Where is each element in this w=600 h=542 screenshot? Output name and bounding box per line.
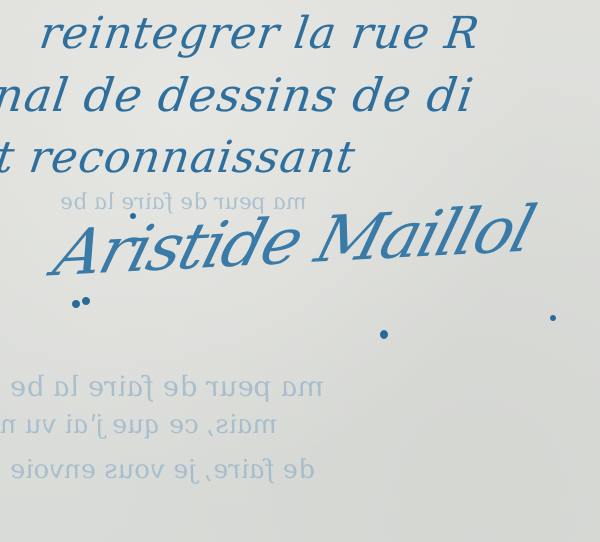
bleed-through-line: ma peur de faire la be (7, 370, 327, 403)
letter-line-1: reintegrer la rue R (36, 8, 482, 59)
ink-blot (130, 213, 136, 219)
letter-line-3: t reconnaissant (0, 132, 359, 183)
bleed-through-line: mais, ce que j'ai vu n (0, 410, 280, 440)
ink-blot (72, 300, 80, 308)
ink-blot (550, 315, 556, 321)
bleed-through-line: de faire, je vous envoie (7, 455, 317, 485)
ink-blot (82, 297, 90, 305)
letter-line-2: nal de dessins de di (0, 68, 477, 122)
ink-blot (380, 330, 388, 339)
